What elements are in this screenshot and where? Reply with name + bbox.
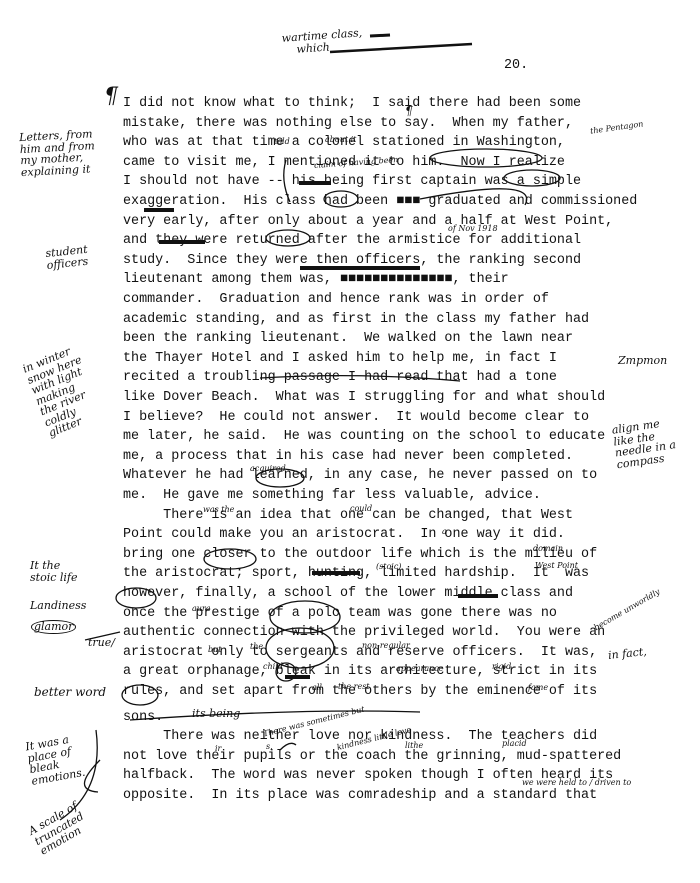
typed-line: been the ranking lieutenant. We walked o… — [123, 331, 573, 346]
insert-all: all — [312, 684, 322, 692]
typed-line: opposite. In its place was comradeship a… — [123, 788, 597, 803]
insert-the-rest: the rest — [338, 683, 370, 691]
typed-line: me, a process that in his case had never… — [123, 449, 573, 464]
typed-line: exaggeration. His class had been ■■■ gra… — [123, 194, 637, 209]
insert-about-it: about it — [325, 136, 356, 144]
insert-in-fact: in fact, — [608, 646, 648, 662]
typed-line: not love their pupils or the coach the g… — [123, 749, 621, 764]
margin-note-zmpmon: Zmpmon — [618, 355, 667, 367]
typed-line: me. He gave me something far less valuab… — [123, 488, 541, 503]
typed-line: the aristocrat; sport, hunting, limited … — [123, 566, 589, 581]
typed-line: however, finally, a school of the lower … — [123, 586, 573, 601]
insert-held-to: we were held to / driven to — [522, 779, 672, 787]
insert-become-unworldly: become unworldly — [593, 588, 662, 633]
typed-line: There is an idea that one can be changed… — [123, 508, 573, 523]
paragraph-mark: ¶ — [104, 84, 118, 109]
insert-west-point: West Point — [535, 562, 578, 570]
insert-s: s, — [266, 743, 273, 751]
typed-line: aristocrat only to sergeants and reserve… — [123, 645, 597, 660]
margin-note-bleak-emotions: It was a place of bleak emotions. — [25, 729, 104, 787]
typed-line: authentic connection with the privileged… — [123, 625, 605, 640]
typed-line: the Thayer Hotel and I asked him to help… — [123, 351, 557, 366]
insert-could: could — [350, 505, 372, 513]
insert-stoic: (stoic) — [376, 563, 401, 571]
typed-line: very early, after only about a year and … — [123, 214, 613, 229]
margin-note-student-officers: student officers — [45, 242, 105, 271]
insert-ir: ir — [215, 745, 221, 753]
typed-line: me later, he said. He was counting on th… — [123, 429, 605, 444]
margin-note-true: true/ — [88, 637, 115, 649]
insert-placid: placid — [502, 740, 527, 748]
typed-line: Point could make you an aristocrat. In o… — [123, 527, 565, 542]
insert-aura: aura — [192, 605, 211, 613]
insert-lithe: lithe — [405, 742, 423, 750]
margin-note-better-word: better word — [34, 686, 106, 699]
typed-line: recited a troubling passage I had read t… — [123, 370, 557, 385]
typed-line: once the prestige of a polo team was gon… — [123, 606, 557, 621]
margin-note-glamor: glamor — [31, 620, 76, 634]
insert-nov-1918: of Nov 1918 — [448, 225, 498, 233]
typed-line: sons. — [123, 710, 163, 725]
insert-its-being: its being — [192, 708, 240, 720]
insert-appearance: appearance — [396, 665, 443, 673]
margin-note-stoic-life: It the stoic life — [30, 560, 80, 583]
insert-fame: fame — [528, 684, 548, 692]
insert-the: the — [250, 643, 263, 651]
insert-domain: domain — [533, 545, 563, 553]
insert-child: child — [263, 663, 283, 671]
typed-line: I should not have -- his being first cap… — [123, 174, 581, 189]
typed-line: I did not know what to think; I said the… — [123, 96, 581, 111]
typed-line: like Dover Beach. What was I struggling … — [123, 390, 605, 405]
insert-was-the: was the — [203, 506, 234, 514]
margin-note-landiness: Landiness — [30, 600, 86, 612]
insert-non-regular: non-regular — [362, 642, 410, 650]
insert-pentagon: the Pentagon — [590, 120, 644, 136]
insert-acquired: acquired — [250, 465, 286, 473]
typed-line: and they were returned after the armisti… — [123, 233, 581, 248]
insert-told: told — [274, 138, 290, 146]
typed-line: mistake, there was nothing else to say. … — [123, 116, 573, 131]
top-note: wartime class, which — [281, 27, 363, 56]
typed-line: study. Since they were then officers, th… — [123, 253, 581, 268]
insert-a: a — [442, 528, 447, 536]
margin-note-letters: Letters, from him and from my mother, ex… — [19, 128, 101, 178]
margin-note-truncated-emotion: A scale of truncated emotion — [27, 787, 114, 857]
insert-rigid: rigid — [492, 663, 511, 671]
typed-line: Whatever he had learned, in any case, he… — [123, 468, 597, 483]
page-number: 20. — [504, 58, 528, 73]
insert-but: but — [208, 646, 222, 654]
manuscript-page: wartime class, which 20. ¶ ¶ I did not k… — [0, 0, 700, 883]
typed-line: a great orphanage, bleak in its architec… — [123, 664, 597, 679]
margin-note-winter: in winter snow here with light making th… — [21, 341, 109, 439]
typed-line: academic standing, and as first in the c… — [123, 312, 589, 327]
typed-line: commander. Graduation and hence rank was… — [123, 292, 549, 307]
typed-line: I believe? He could not answer. It would… — [123, 410, 589, 425]
margin-note-compass: align me like the needle in a compass — [611, 416, 683, 471]
typed-line: bring one closer to the outdoor life whi… — [123, 547, 597, 562]
typed-line: lieutenant among them was, ■■■■■■■■■■■■■… — [123, 272, 509, 287]
